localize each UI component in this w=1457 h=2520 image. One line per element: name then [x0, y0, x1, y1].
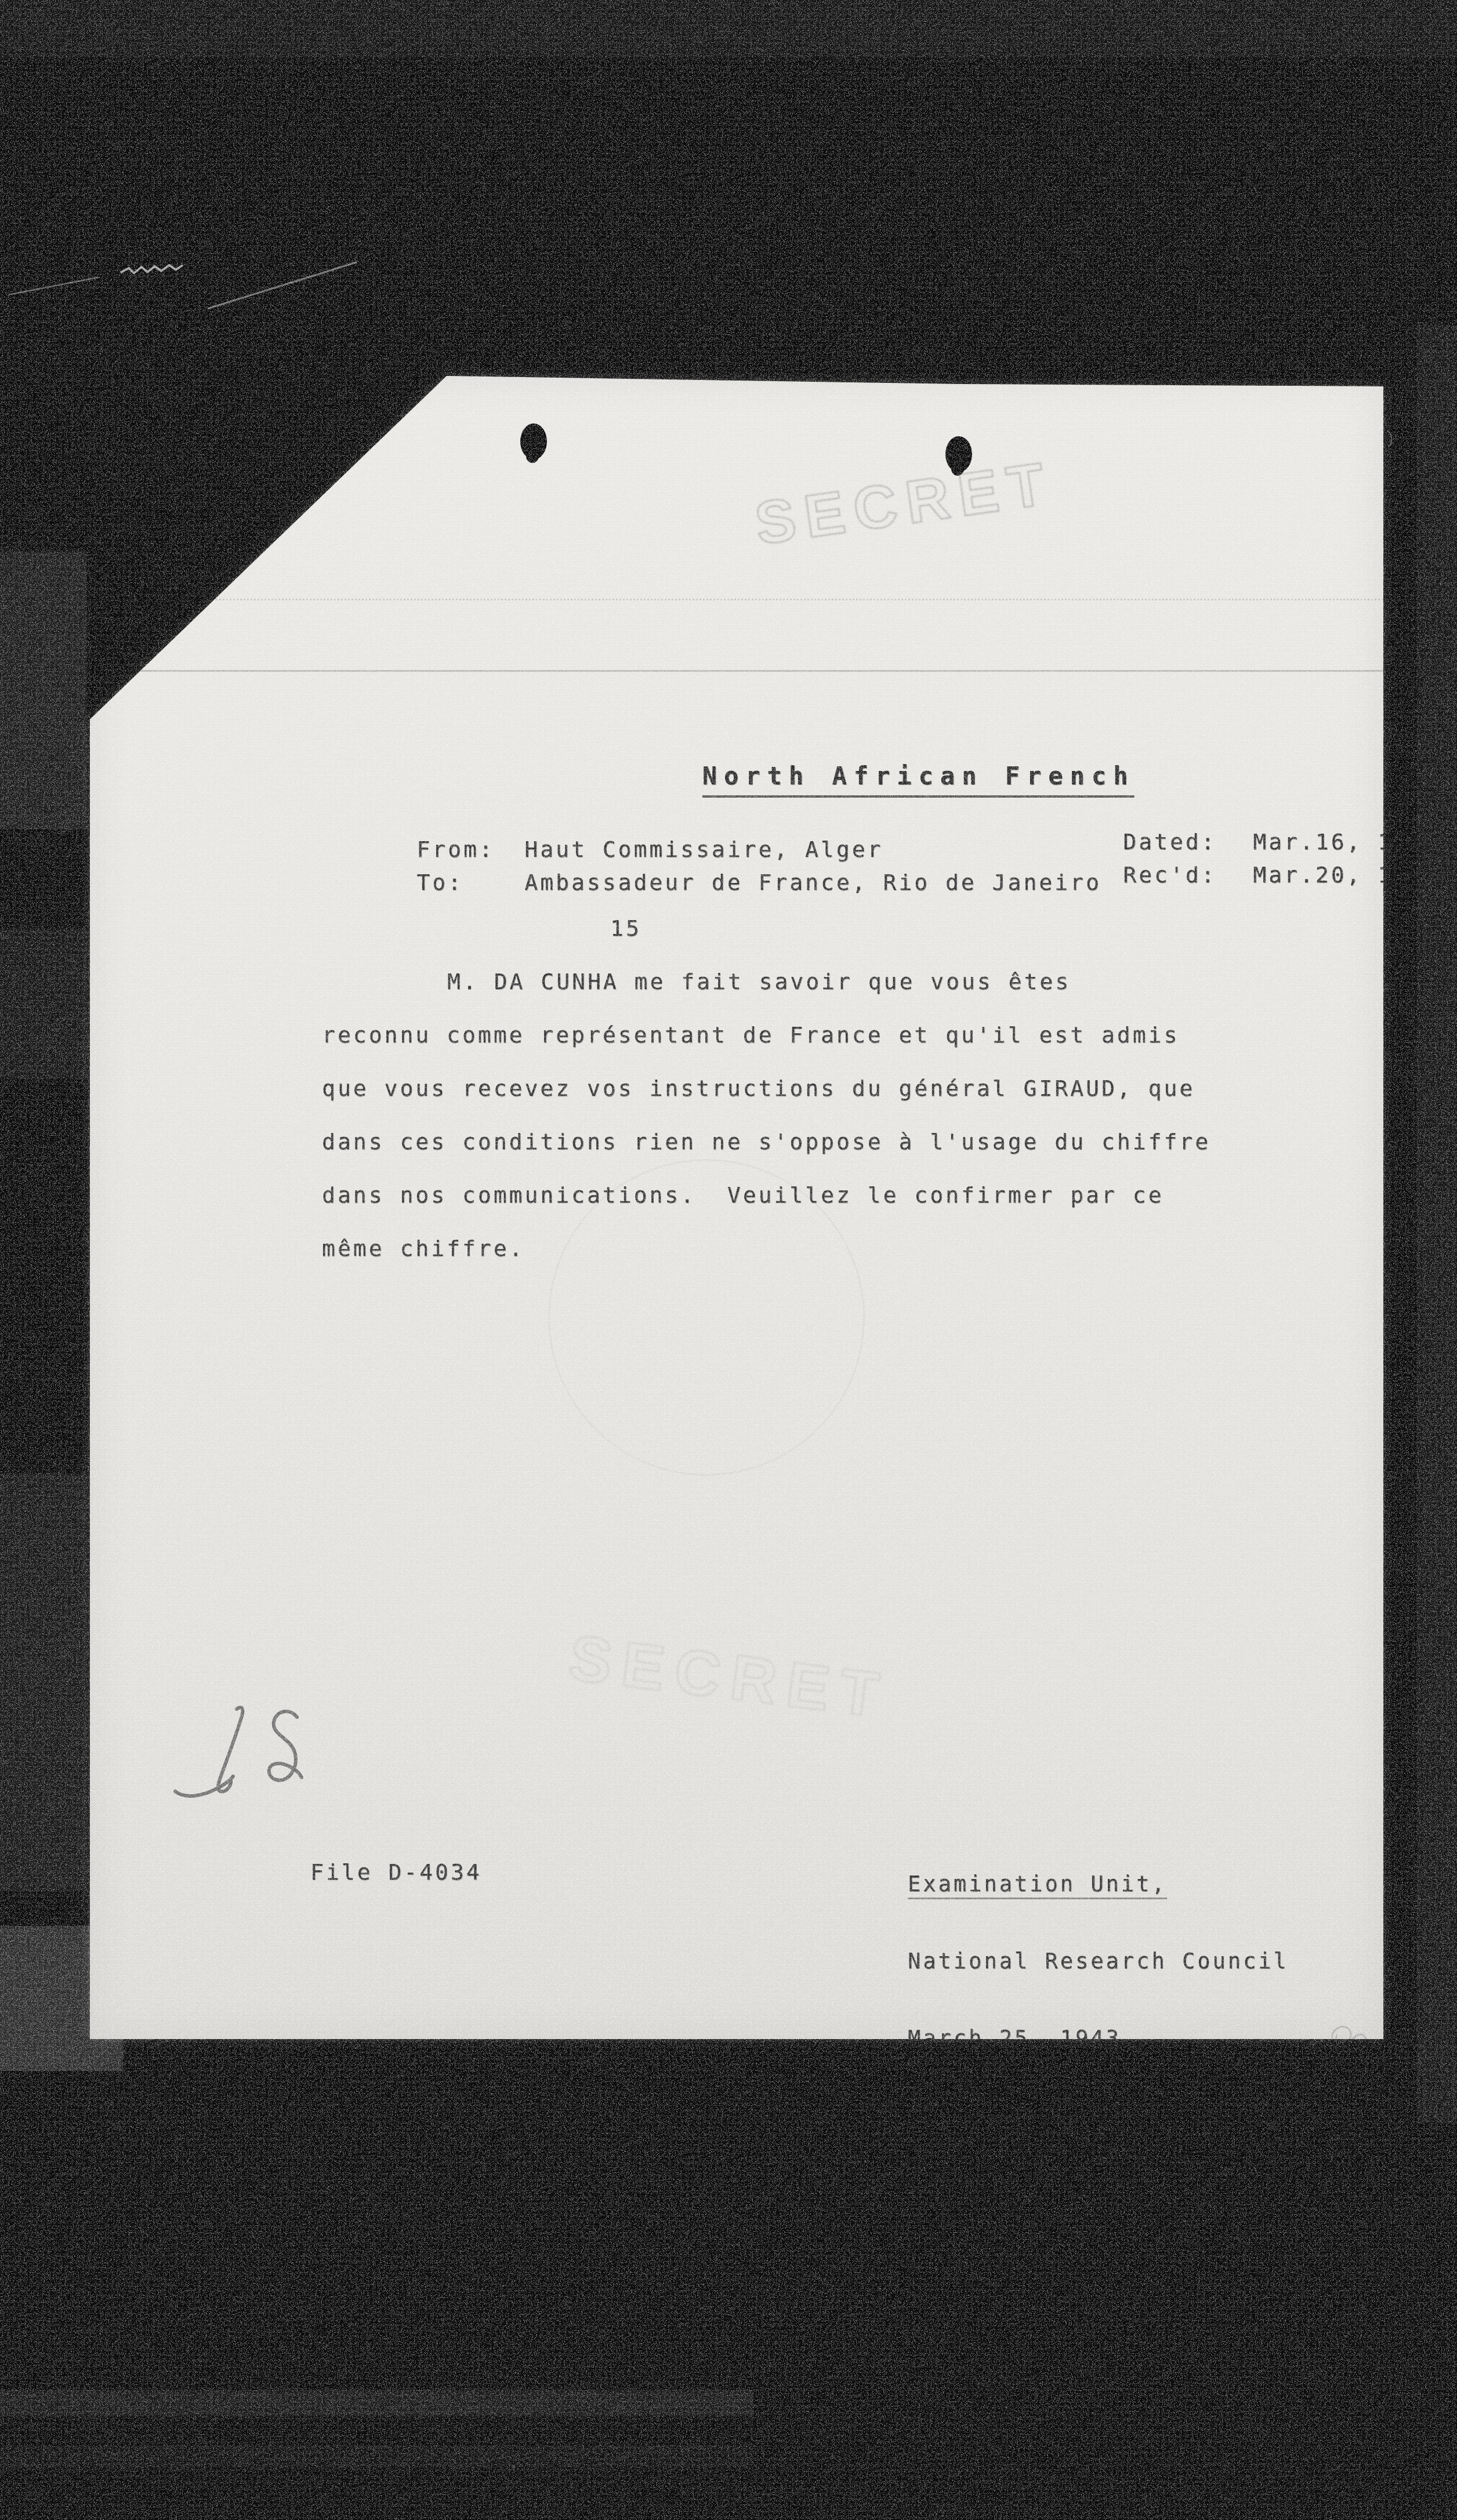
page-title-text: North African French: [702, 762, 1135, 798]
scanned-document-background: SECRET North African French From:Haut Co…: [0, 0, 1457, 2520]
secret-stamp-top-text: SECRET: [751, 450, 1058, 558]
document-page: SECRET North African French From:Haut Co…: [90, 376, 1383, 2039]
hole-punch-tail: [951, 462, 964, 476]
fold-crease: [90, 670, 1383, 672]
body-line: dans ces conditions rien ne s'oppose à l…: [322, 1129, 1210, 1182]
body-line: que vous recevez vos instructions du gén…: [322, 1076, 1210, 1129]
document-page-wrap: SECRET North African French From:Haut Co…: [90, 376, 1383, 2039]
initial-L-flourish: [175, 1776, 233, 1796]
secret-stamp-bottom-icon: SECRET: [537, 1606, 919, 1768]
body-line: M. DA CUNHA me fait savoir que vous êtes: [322, 969, 1210, 1022]
recd-row: Rec'd:Mar.20, 1943: [1030, 837, 1440, 913]
body-line: même chiffre.: [322, 1236, 1210, 1289]
secret-stamp-bottom-text: SECRET: [566, 1622, 893, 1732]
to-row: To:Ambassadeur de France, Rio de Janeiro: [323, 844, 1101, 921]
body-line: dans nos communications. Veuillez le con…: [322, 1182, 1210, 1236]
scribble-mark: [121, 265, 183, 273]
file-reference: File D-4034: [310, 1859, 482, 1885]
initial-L-stroke: [218, 1707, 242, 1791]
initial-S-stroke: [269, 1711, 302, 1780]
to-value: Ambassadeur de France, Rio de Janeiro: [524, 870, 1101, 895]
recd-label: Rec'd:: [1123, 862, 1253, 888]
secret-stamp-top-icon: SECRET: [713, 437, 1096, 576]
hole-punch-left: [520, 423, 547, 459]
to-label: To:: [416, 870, 524, 895]
handwritten-initials: [168, 1704, 342, 1803]
body-line: reconnu comme représentant de France et …: [322, 1022, 1210, 1076]
footer-org-line1: Examination Unit,: [908, 1871, 1289, 1899]
message-body: M. DA CUNHA me fait savoir que vous êtes…: [322, 969, 1210, 1289]
footer-org-line1-text: Examination Unit,: [908, 1871, 1167, 1899]
footer-org-line2: National Research Council: [908, 1949, 1289, 1976]
message-number: 15: [610, 915, 641, 941]
fold-crease-faint: [90, 599, 1383, 600]
hole-punch-tail: [526, 449, 539, 463]
hole-punch-right: [945, 436, 972, 472]
